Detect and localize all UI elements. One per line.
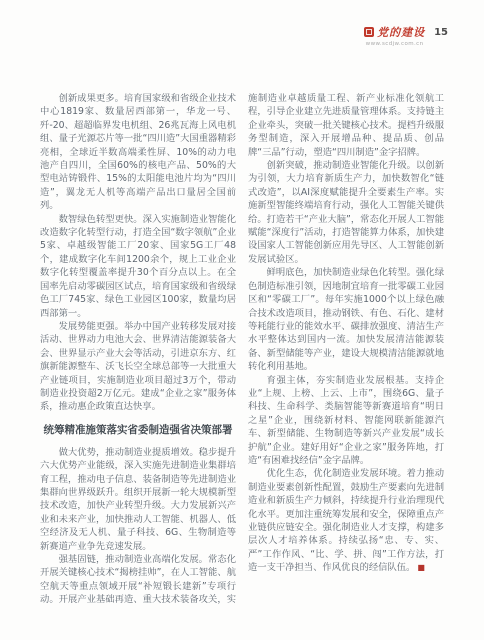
seal-icon <box>364 27 374 37</box>
article-paragraph: 创新成果更多。培育国家级和省级企业技术中心1819家、数量居西部第一，华龙一号、… <box>40 92 236 213</box>
article-paragraph: 做大优势，推动制造业提质增效。稳步提升六大优势产业能级，深入实施先进制造业集群培… <box>40 446 236 553</box>
article-body: 创新成果更多。培育国家级和省级企业技术中心1819家、数量居西部第一，华龙一号、… <box>40 92 444 614</box>
page-header: 党的建设 www.scdjw.com.cn 15 <box>364 24 448 47</box>
magazine-logo: 党的建设 www.scdjw.com.cn <box>364 24 425 47</box>
article-end-mark: ■ <box>417 563 425 572</box>
magazine-page: 党的建设 www.scdjw.com.cn 15 创新成果更多。培育国家级和省级… <box>0 0 484 640</box>
article-paragraph: 优化生态，优化制造业发展环境。着力推动制造业要素创新性配置，鼓励生产要素向先进制… <box>248 467 444 574</box>
article-paragraph-text: 优化生态，优化制造业发展环境。着力推动制造业要素创新性配置，鼓励生产要素向先进制… <box>248 468 444 573</box>
article-paragraph: 育强主体，夯实制造业发展根基。支持企业“上规、上榜、上云、上市”，围绕6G、量子… <box>248 374 444 468</box>
article-paragraph: 鲜明底色，加快制造业绿色化转型。强化绿色制造标准引领，因地制宜培育一批零碳工业园… <box>248 266 444 373</box>
magazine-title: 党的建设 <box>377 24 425 40</box>
article-paragraph: 创新突破，推动制造业智能化升级。以创新为引领，大力培育新质生产力，加快数智化“链… <box>248 159 444 266</box>
page-number: 15 <box>434 27 448 38</box>
section-heading: 统筹精准施策落实省委制造强省决策部署 <box>40 423 236 437</box>
magazine-url: www.scdjw.com.cn <box>364 41 425 47</box>
article-paragraph: 数智绿色转型更快。深入实施制造业智能化改造数字化转型行动，打造全国“数字领航”企… <box>40 213 236 320</box>
article-paragraph: 发展势能更强。举办中国产业转移发展对接活动、世界动力电池大会、世界清洁能源装备大… <box>40 320 236 414</box>
